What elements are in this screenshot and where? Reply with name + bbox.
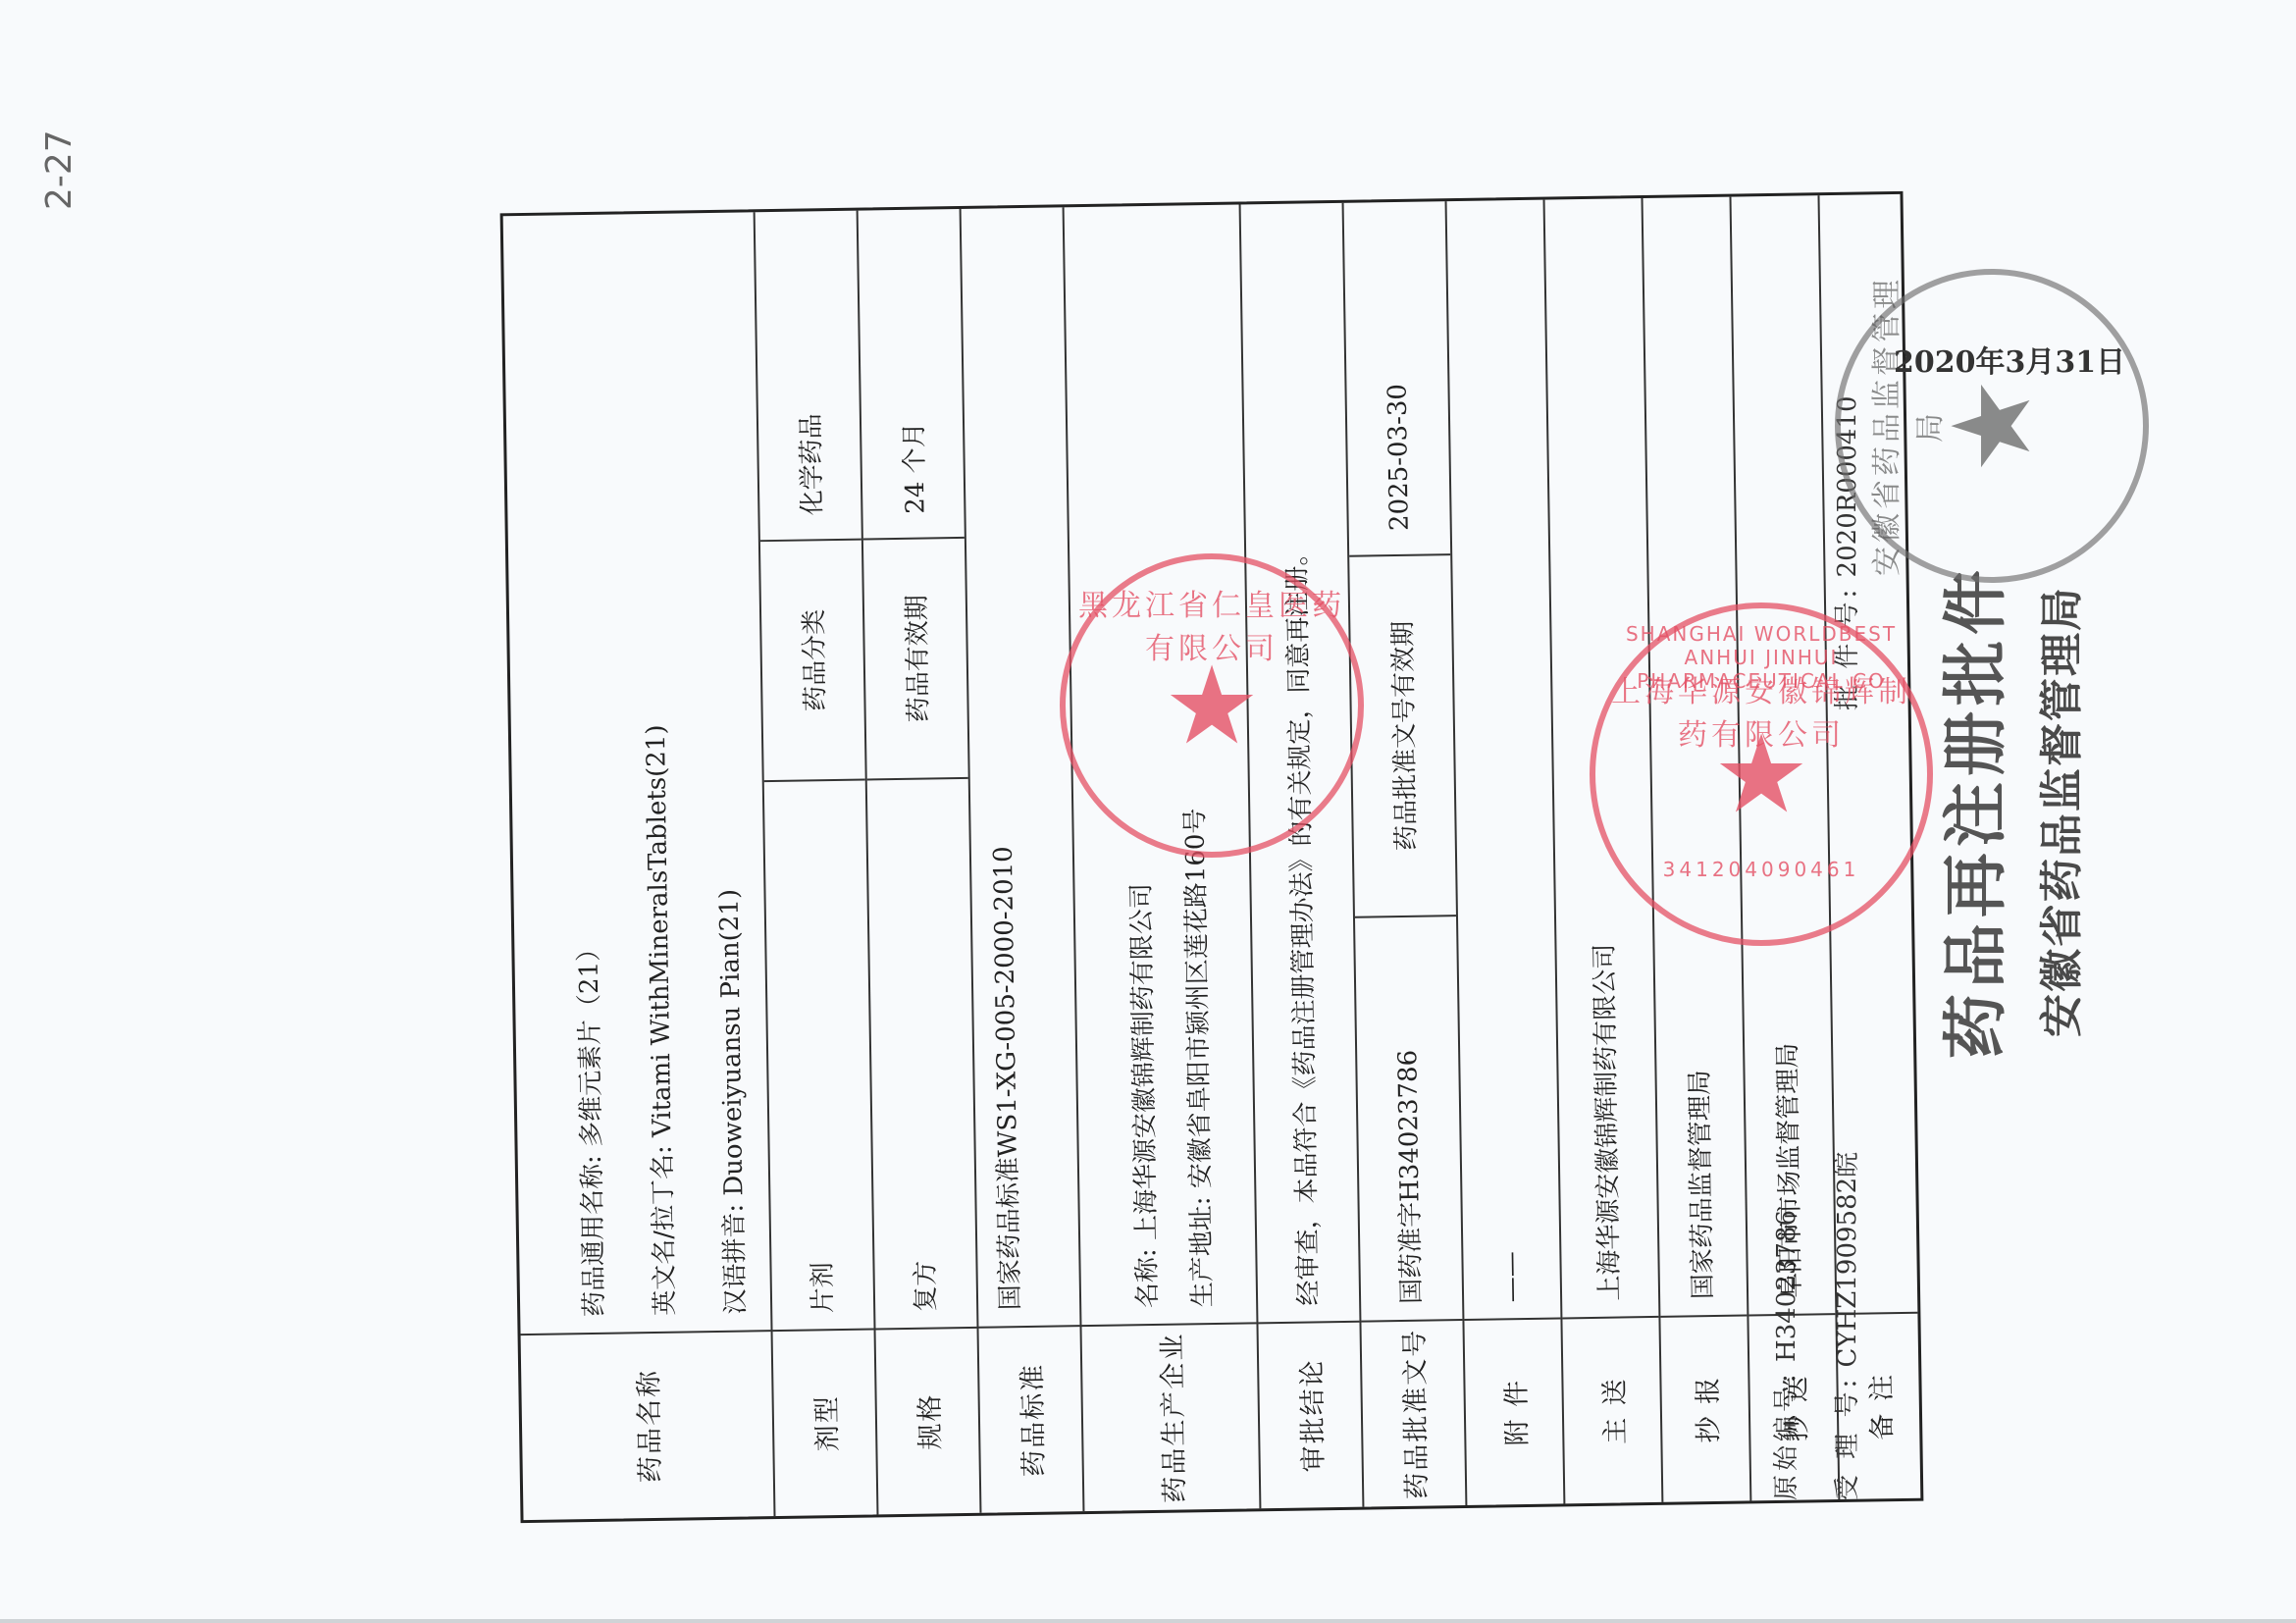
label-approval-number: 药品批准文号 [1361,1319,1465,1507]
bureau-stamp: ★ 安徽省药品监督管理局 [1835,269,2149,583]
value-standard: 国家药品标准WS1-XG-005-2000-2010 [970,786,1080,1327]
label-drug-category: 药品分类 [760,539,865,783]
star-icon: ★ [1938,378,2046,475]
label-remarks: 备 注 [1837,1312,1920,1499]
row-drug-name: 药品名称 药品通用名称: 多维元素片（21） 英文名/拉丁名: Vitami W… [503,212,774,1520]
label-copy-to: 抄 送 [1748,1313,1838,1500]
row-specification: 规格 复方 药品有效期 24 个月 [857,209,980,1514]
row-approval-number: 药品批准文号 国药准字H34023786 药品批准文号有效期 2025-03-3… [1342,201,1466,1506]
label-report-to: 抄 报 [1660,1314,1749,1501]
issue-date: 2020年3月31日 [1894,338,2125,381]
label-main-recipient: 主 送 [1562,1316,1661,1504]
row-dosage-form: 剂型 片剂 药品分类 化学药品 [754,211,877,1516]
label-standard: 药品标准 [978,1325,1082,1513]
value-drug-name: 药品通用名称: 多维元素片（21） 英文名/拉丁名: Vitami WithMi… [503,212,771,1334]
row-manufacturer: 药品生产企业 名称: 上海华源安徽锦辉制药有限公司 生产地址: 安徽省阜阳市颍州… [1063,204,1260,1511]
row-standard: 药品标准 国家药品标准WS1-XG-005-2000-2010 [960,207,1083,1512]
value-specification: 复方 [867,788,977,1329]
row-conclusion: 审批结论 经审查，本品符合《药品注册管理办法》的有关规定，同意再注册。 [1239,203,1363,1508]
document-title: 药品再注册批件 [1923,0,2016,1623]
label-attachment: 附 件 [1464,1317,1563,1505]
value-shelf-life: 24 个月 [859,209,965,539]
star-icon: ★ [1164,652,1261,759]
document-page: 安徽省药品监督管理局 药品再注册批件 原始编号: H34023786 受 理 号… [0,0,2296,1623]
label-drug-name: 药品名称 [521,1330,774,1520]
handwritten-note: 2-27 [39,130,79,210]
label-specification: 规格 [875,1327,979,1515]
label-conclusion: 审批结论 [1258,1321,1362,1509]
label-dosage-form: 剂型 [773,1328,877,1516]
scan-edge [0,1619,2296,1623]
value-approval-validity: 2025-03-30 [1344,201,1451,555]
value-dosage-form: 片剂 [764,790,874,1331]
company-stamp: ★ SHANGHAI WORLDBEST ANHUI JINHUI PHARMA… [1590,602,1933,946]
label-approval-validity: 药品批准文号有效期 [1349,553,1456,918]
value-attachment: —— [1447,200,1561,1319]
hospital-stamp: ★ 黑龙江省仁皇医药有限公司 [1060,553,1364,858]
value-drug-category: 化学药品 [756,211,861,541]
issuing-bureau: 安徽省药品监督管理局 [2026,0,2089,1623]
label-shelf-life: 药品有效期 [863,537,968,781]
label-manufacturer: 药品生产企业 [1081,1322,1259,1511]
